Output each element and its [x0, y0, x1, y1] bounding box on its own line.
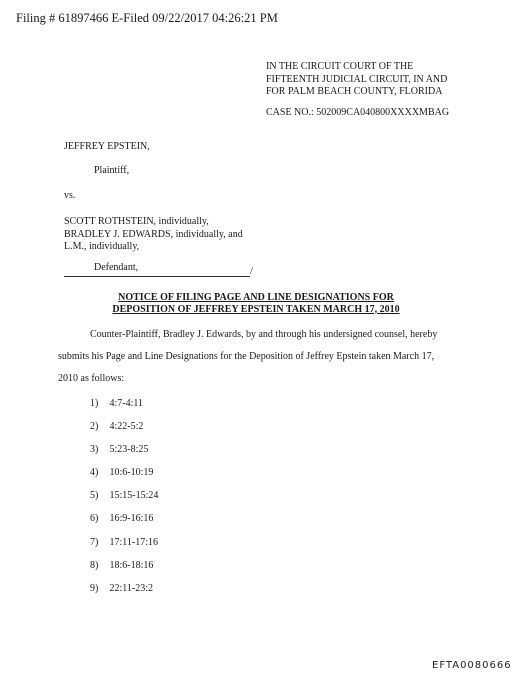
item-number: 3) [90, 444, 107, 455]
court-line: FOR PALM BEACH COUNTY, FLORIDA [266, 86, 447, 99]
caption-slash: / [250, 266, 253, 277]
defendant-line: SCOTT ROTHSTEIN, individually, [64, 216, 243, 229]
item-number: 5) [90, 490, 107, 501]
list-item: 2) 4:22-5:2 [90, 421, 158, 444]
title-line: NOTICE OF FILING PAGE AND LINE DESIGNATI… [0, 292, 512, 304]
filing-stamp: Filing # 61897466 E-Filed 09/22/2017 04:… [16, 11, 278, 26]
case-number: CASE NO.: 502009CA040800XXXXMBAG [266, 107, 449, 118]
list-item: 6) 16:9-16:16 [90, 513, 158, 536]
list-item: 5) 15:15-15:24 [90, 490, 158, 513]
title-line: DEPOSITION OF JEFFREY EPSTEIN TAKEN MARC… [0, 304, 512, 316]
plaintiff-role: Plaintiff, [94, 165, 129, 176]
court-heading: IN THE CIRCUIT COURT OF THE FIFTEENTH JU… [266, 61, 447, 99]
versus-label: vs. [64, 190, 75, 201]
defendant-names: SCOTT ROTHSTEIN, individually, BRADLEY J… [64, 216, 243, 254]
item-number: 4) [90, 467, 107, 478]
list-item: 8) 18:6-18:16 [90, 560, 158, 583]
list-item: 1) 4:7-4:11 [90, 398, 158, 421]
plaintiff-name: JEFFREY EPSTEIN, [64, 141, 150, 152]
designation-list: 1) 4:7-4:11 2) 4:22-5:2 3) 5:23-8:25 4) … [90, 398, 158, 606]
court-line: FIFTEENTH JUDICIAL CIRCUIT, IN AND [266, 74, 447, 87]
item-number: 2) [90, 421, 107, 432]
item-number: 6) [90, 513, 107, 524]
caption-divider [64, 276, 250, 277]
document-title: NOTICE OF FILING PAGE AND LINE DESIGNATI… [0, 292, 512, 315]
item-range: 10:6-10:19 [110, 467, 154, 478]
defendant-line: L.M., individually, [64, 241, 243, 254]
list-item: 9) 22:11-23:2 [90, 583, 158, 606]
bates-number: EFTA00806665 [432, 660, 512, 671]
defendant-role: Defendant, [94, 262, 138, 273]
item-range: 4:22-5:2 [110, 421, 144, 432]
list-item: 3) 5:23-8:25 [90, 444, 158, 467]
list-item: 4) 10:6-10:19 [90, 467, 158, 490]
body-text-line: 2010 as follows: [58, 373, 124, 384]
item-range: 15:15-15:24 [110, 490, 159, 501]
item-number: 8) [90, 560, 107, 571]
item-number: 1) [90, 398, 107, 409]
item-range: 17:11-17:16 [110, 537, 159, 548]
item-number: 9) [90, 583, 107, 594]
item-range: 16:9-16:16 [110, 513, 154, 524]
item-number: 7) [90, 537, 107, 548]
body-text-line: submits his Page and Line Designations f… [58, 351, 434, 362]
defendant-line: BRADLEY J. EDWARDS, individually, and [64, 229, 243, 242]
item-range: 5:23-8:25 [110, 444, 149, 455]
list-item: 7) 17:11-17:16 [90, 537, 158, 560]
court-line: IN THE CIRCUIT COURT OF THE [266, 61, 447, 74]
item-range: 22:11-23:2 [110, 583, 154, 594]
body-text-line: Counter-Plaintiff, Bradley J. Edwards, b… [90, 329, 437, 340]
item-range: 4:7-4:11 [110, 398, 144, 409]
item-range: 18:6-18:16 [110, 560, 154, 571]
